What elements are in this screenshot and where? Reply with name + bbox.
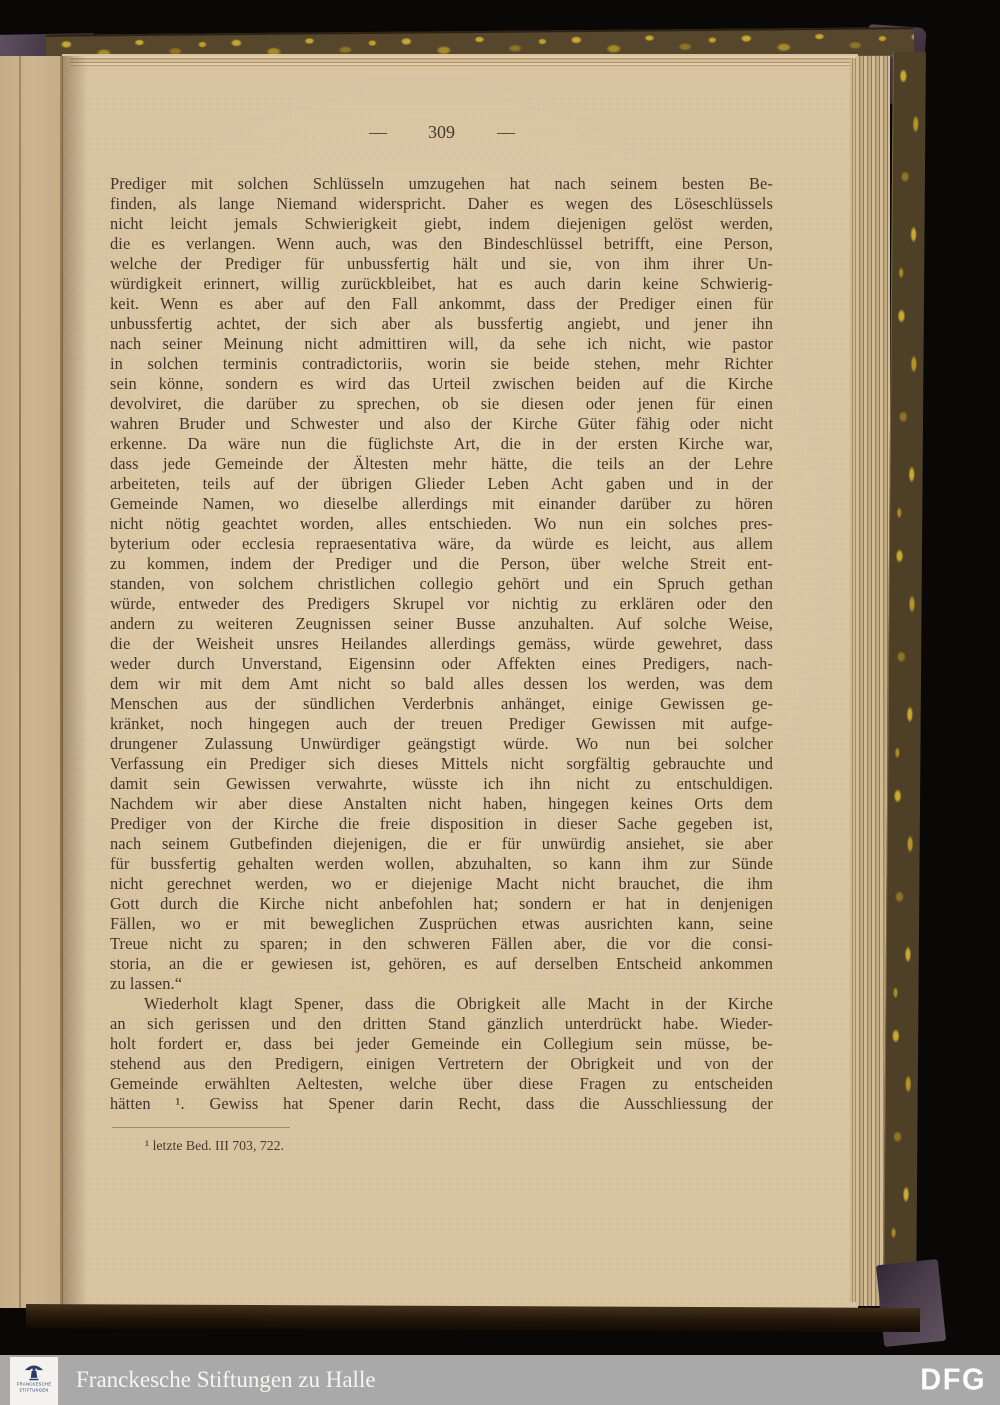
text-line: damit sein Gewissen verwahrte, wüsste ic… (110, 774, 773, 794)
text-line: Treue nicht zu sparen; in den schweren F… (110, 934, 773, 954)
text-line: byterium oder ecclesia repraesentativa w… (110, 534, 773, 554)
text-line: kränket, noch hingegen auch der treuen P… (110, 714, 773, 734)
text-line: keit. Wenn es aber auf den Fall ankommt,… (110, 294, 773, 314)
footnote-text: ¹ letzte Bed. III 703, 722. (145, 1138, 645, 1154)
dfg-logo: DFG (920, 1354, 986, 1405)
text-line: die der Weisheit unsres Heilandes allerd… (110, 634, 773, 654)
institution-name: Franckesche Stiftungen zu Halle (76, 1355, 376, 1405)
text-line: sein könne, sondern es wird das Urteil z… (110, 374, 773, 394)
text-line: an sich gerissen und den dritten Stand g… (110, 1014, 773, 1034)
text-line: hätten ¹. Gewiss hat Spener darin Recht,… (110, 1094, 773, 1114)
header-dash-left: — (369, 122, 386, 143)
text-line: drungener Zulassung Unwürdiger geängstig… (110, 734, 773, 754)
left-page-stack-edge (0, 56, 62, 1308)
text-line: Nachdem wir aber diese Anstalten nicht h… (110, 794, 773, 814)
book-scan: — 309 — Prediger mit solchen Schlüsseln … (0, 0, 1000, 1405)
text-line: Gemeinde Namen, wo dieselbe allerdings m… (110, 494, 773, 514)
text-line: würdigkeit erinnert, willig zurückbleibe… (110, 274, 773, 294)
text-line: würde, entweder des Predigers Skrupel vo… (110, 594, 773, 614)
text-line: wahren Bruder und Schwester und also der… (110, 414, 773, 434)
text-line: nicht gerechnet werden, wo er diejenige … (110, 874, 773, 894)
text-line: stehend aus den Predigern, einigen Vertr… (110, 1054, 773, 1074)
text-line: Gott durch die Kirche nicht anbefohlen h… (110, 894, 773, 914)
text-line: nach seinem Gutbefinden diejenigen, die … (110, 834, 773, 854)
page-number: 309 (428, 122, 455, 143)
text-line: holt fordert er, dass bei jeder Gemeinde… (110, 1034, 773, 1054)
text-line: in solchen terminis contradictoriis, wor… (110, 354, 773, 374)
text-line: zu lassen.“ (110, 974, 773, 994)
page-header: — 309 — (110, 122, 773, 143)
text-line: erkenne. Da wäre nun die füglichste Art,… (110, 434, 773, 454)
text-line: standen, von solchem christlichen colleg… (110, 574, 773, 594)
body-text: Prediger mit solchen Schlüsseln umzugehe… (110, 174, 773, 1114)
text-line: dem wir mit dem Amt nicht so bald alles … (110, 674, 773, 694)
text-line: für bussfertig gehalten werden wollen, a… (110, 854, 773, 874)
franckesche-stiftungen-logo: FRANCKESCHE STIFTUNGEN (10, 1357, 58, 1405)
text-line: Prediger von der Kirche die freie dispos… (110, 814, 773, 834)
gutter-shadow (62, 56, 88, 1308)
text-line: Fällen, wo er mit beweglichen Zusprüchen… (110, 914, 773, 934)
text-line: nach seiner Meinung nicht admittiren wil… (110, 334, 773, 354)
text-line: andern zu weiteren Zeugnissen seiner Bus… (110, 614, 773, 634)
eagle-icon (23, 1360, 45, 1382)
text-line: nicht nötig geachtet worden, alles entsc… (110, 514, 773, 534)
header-dash-right: — (497, 122, 514, 143)
text-line: zu kommen, indem der Prediger und die Pe… (110, 554, 773, 574)
text-line: Wiederholt klagt Spener, dass die Obrigk… (110, 994, 773, 1014)
text-line: dass jede Gemeinde der Ältesten mehr hät… (110, 454, 773, 474)
page-fold-line (19, 56, 21, 1308)
footer-bar: FRANCKESCHE STIFTUNGEN Franckesche Stift… (0, 1355, 1000, 1405)
text-line: unbussfertig achtet, der sich aber als b… (110, 314, 773, 334)
logo-text-line1: FRANCKESCHE (17, 1382, 52, 1387)
text-line: welche der Prediger für unbussfertig häl… (110, 254, 773, 274)
text-line: arbeiteten, teils auf der übrigen Gliede… (110, 474, 773, 494)
text-line: weder durch Unverstand, Eigensinn oder A… (110, 654, 773, 674)
text-line: devolviret, die darüber zu sprechen, ob … (110, 394, 773, 414)
page-top-edges (70, 56, 856, 66)
text-line: finden, als lange Niemand widerspricht. … (110, 194, 773, 214)
text-line: Prediger mit solchen Schlüsseln umzugehe… (110, 174, 773, 194)
footnote-rule (112, 1127, 290, 1128)
logo-text-line2: STIFTUNGEN (19, 1388, 48, 1393)
book-cover-corner-bottom-right (876, 1259, 946, 1347)
book-bottom-board-edge (26, 1304, 920, 1332)
text-line: storia, an die er gewiesen ist, gehören,… (110, 954, 773, 974)
text-line: Verfassung ein Prediger sich dieses Mitt… (110, 754, 773, 774)
text-line: die es verlangen. Wenn auch, was den Bin… (110, 234, 773, 254)
text-line: Menschen aus der sündlichen Verderbnis a… (110, 694, 773, 714)
text-line: nicht leicht jemals Schwierigkeit giebt,… (110, 214, 773, 234)
text-line: Gemeinde erwählten Aeltesten, welche übe… (110, 1074, 773, 1094)
